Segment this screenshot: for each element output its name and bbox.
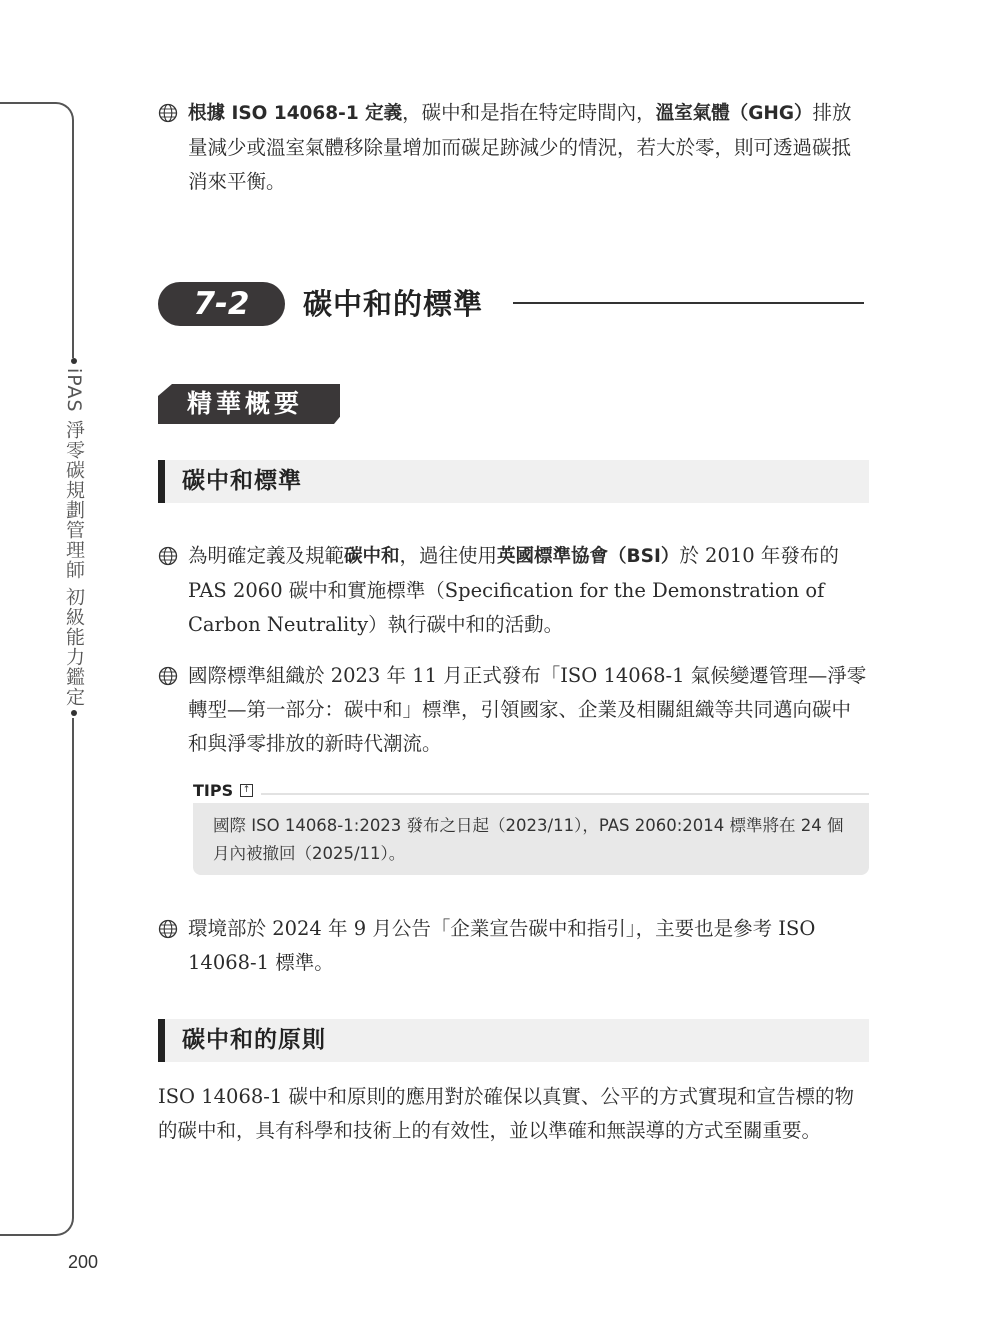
bullet-pas2060: 為明確定義及規範碳中和，過往使用英國標準協會（BSI）於 2010 年發布的 P… [158,539,870,642]
bullet-text: 環境部於 2024 年 9 月公告「企業宣告碳中和指引」，主要也是參考 ISO … [158,912,870,980]
tips-divider [261,793,869,795]
globe-icon [158,103,178,123]
term-ghg: 溫室氣體（GHG） [656,103,813,124]
bullet-text: 國際標準組織於 2023 年 11 月正式發布「ISO 14068-1 氣候變遷… [158,659,870,761]
principles-paragraph: ISO 14068-1 碳中和原則的應用對於確保以真實、公平的方式實現和宣告標的… [158,1080,870,1148]
subsection-heading-standards: 碳中和標準 [158,460,869,503]
section-divider [513,302,864,304]
side-tab-dot-top [71,358,77,364]
heading-accent-bar [158,1019,165,1062]
section-heading: 7-2 碳中和的標準 [158,282,864,326]
globe-icon [158,919,178,939]
tips-header: TIPS ↑ [193,780,869,802]
tips-arrow-box-icon: ↑ [240,784,253,797]
side-tab-dot-bottom [71,710,77,716]
section-number-badge: 7-2 [158,282,285,326]
globe-icon [158,546,178,566]
bullet-text: 為明確定義及規範碳中和，過往使用英國標準協會（BSI）於 2010 年發布的 P… [158,539,870,642]
text-segment: ，過往使用 [400,544,498,567]
term-iso-definition: 根據 ISO 14068-1 定義 [188,103,402,124]
tips-label: TIPS [193,780,233,802]
heading-accent-bar [158,460,165,503]
page-number: 200 [68,1252,98,1273]
bullet-iso14068: 國際標準組織於 2023 年 11 月正式發布「ISO 14068-1 氣候變遷… [158,659,870,761]
term-bsi: 英國標準協會（BSI） [497,546,679,567]
text-segment: 為明確定義及規範 [188,544,344,567]
text-segment: ，碳中和是指在特定時間內， [402,101,656,124]
intro-bullet: 根據 ISO 14068-1 定義，碳中和是指在特定時間內，溫室氣體（GHG）排… [158,96,870,199]
subsection-heading-principles: 碳中和的原則 [158,1019,869,1062]
subsection-title: 碳中和標準 [182,460,302,503]
subsection-title: 碳中和的原則 [182,1019,326,1062]
side-tab-label: iPAS 淨零碳規劃管理師 初級能力鑑定 [60,368,88,707]
tips-box: 國際 ISO 14068-1:2023 發布之日起（2023/11），PAS 2… [193,803,869,875]
essence-label: 精華概要 [187,384,303,424]
intro-bullet-text: 根據 ISO 14068-1 定義，碳中和是指在特定時間內，溫室氣體（GHG）排… [158,96,870,199]
section-title: 碳中和的標準 [303,282,483,326]
bullet-moenv-guideline: 環境部於 2024 年 9 月公告「企業宣告碳中和指引」，主要也是參考 ISO … [158,912,870,980]
term-carbon-neutrality: 碳中和 [344,546,400,567]
globe-icon [158,666,178,686]
